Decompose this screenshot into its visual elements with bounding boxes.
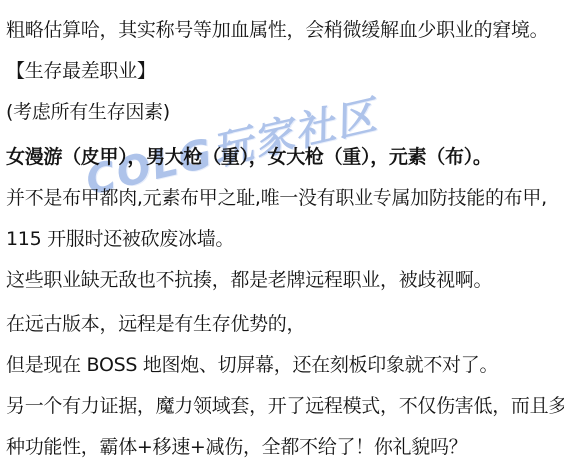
paragraph-line-8: 在远古版本，远程是有生存优势的， [6,302,564,343]
paragraph-line-6: 115 开服时还被砍废冰墙。 [6,217,564,258]
paragraph-line-7: 这些职业缺无敌也不抗揍，都是老牌远程职业，被歧视啊。 [6,258,564,299]
paragraph-line-1: 粗略估算哈，其实称号等加血属性，会稍微缓解血少职业的窘境。 [6,8,564,49]
post-page: COLG玩家社区 粗略估算哈，其实称号等加血属性，会稍微缓解血少职业的窘境。 【… [0,0,564,468]
paragraph-line-11: 种功能性，霸体+移速+减伤，全都不给了！你礼貌吗？ [6,425,564,466]
paragraph-line-9: 但是现在 BOSS 地图炮、切屏幕，还在刻板印象就不对了。 [6,343,564,384]
paragraph-line-10: 另一个有力证据，魔力领域套，开了远程模式，不仅伤害低，而且多 [6,384,564,425]
post-text-body: 粗略估算哈，其实称号等加血属性，会稍微缓解血少职业的窘境。 【生存最差职业】 (… [0,0,564,468]
paragraph-line-3: (考虑所有生存因素) [6,90,564,131]
paragraph-line-4-bold: 女漫游（皮甲），男大枪（重），女大枪（重），元素（布）。 [6,135,564,176]
paragraph-line-5: 并不是布甲都肉,元素布甲之耻,唯一没有职业专属加防技能的布甲, [6,176,564,217]
paragraph-line-2: 【生存最差职业】 [6,49,564,90]
